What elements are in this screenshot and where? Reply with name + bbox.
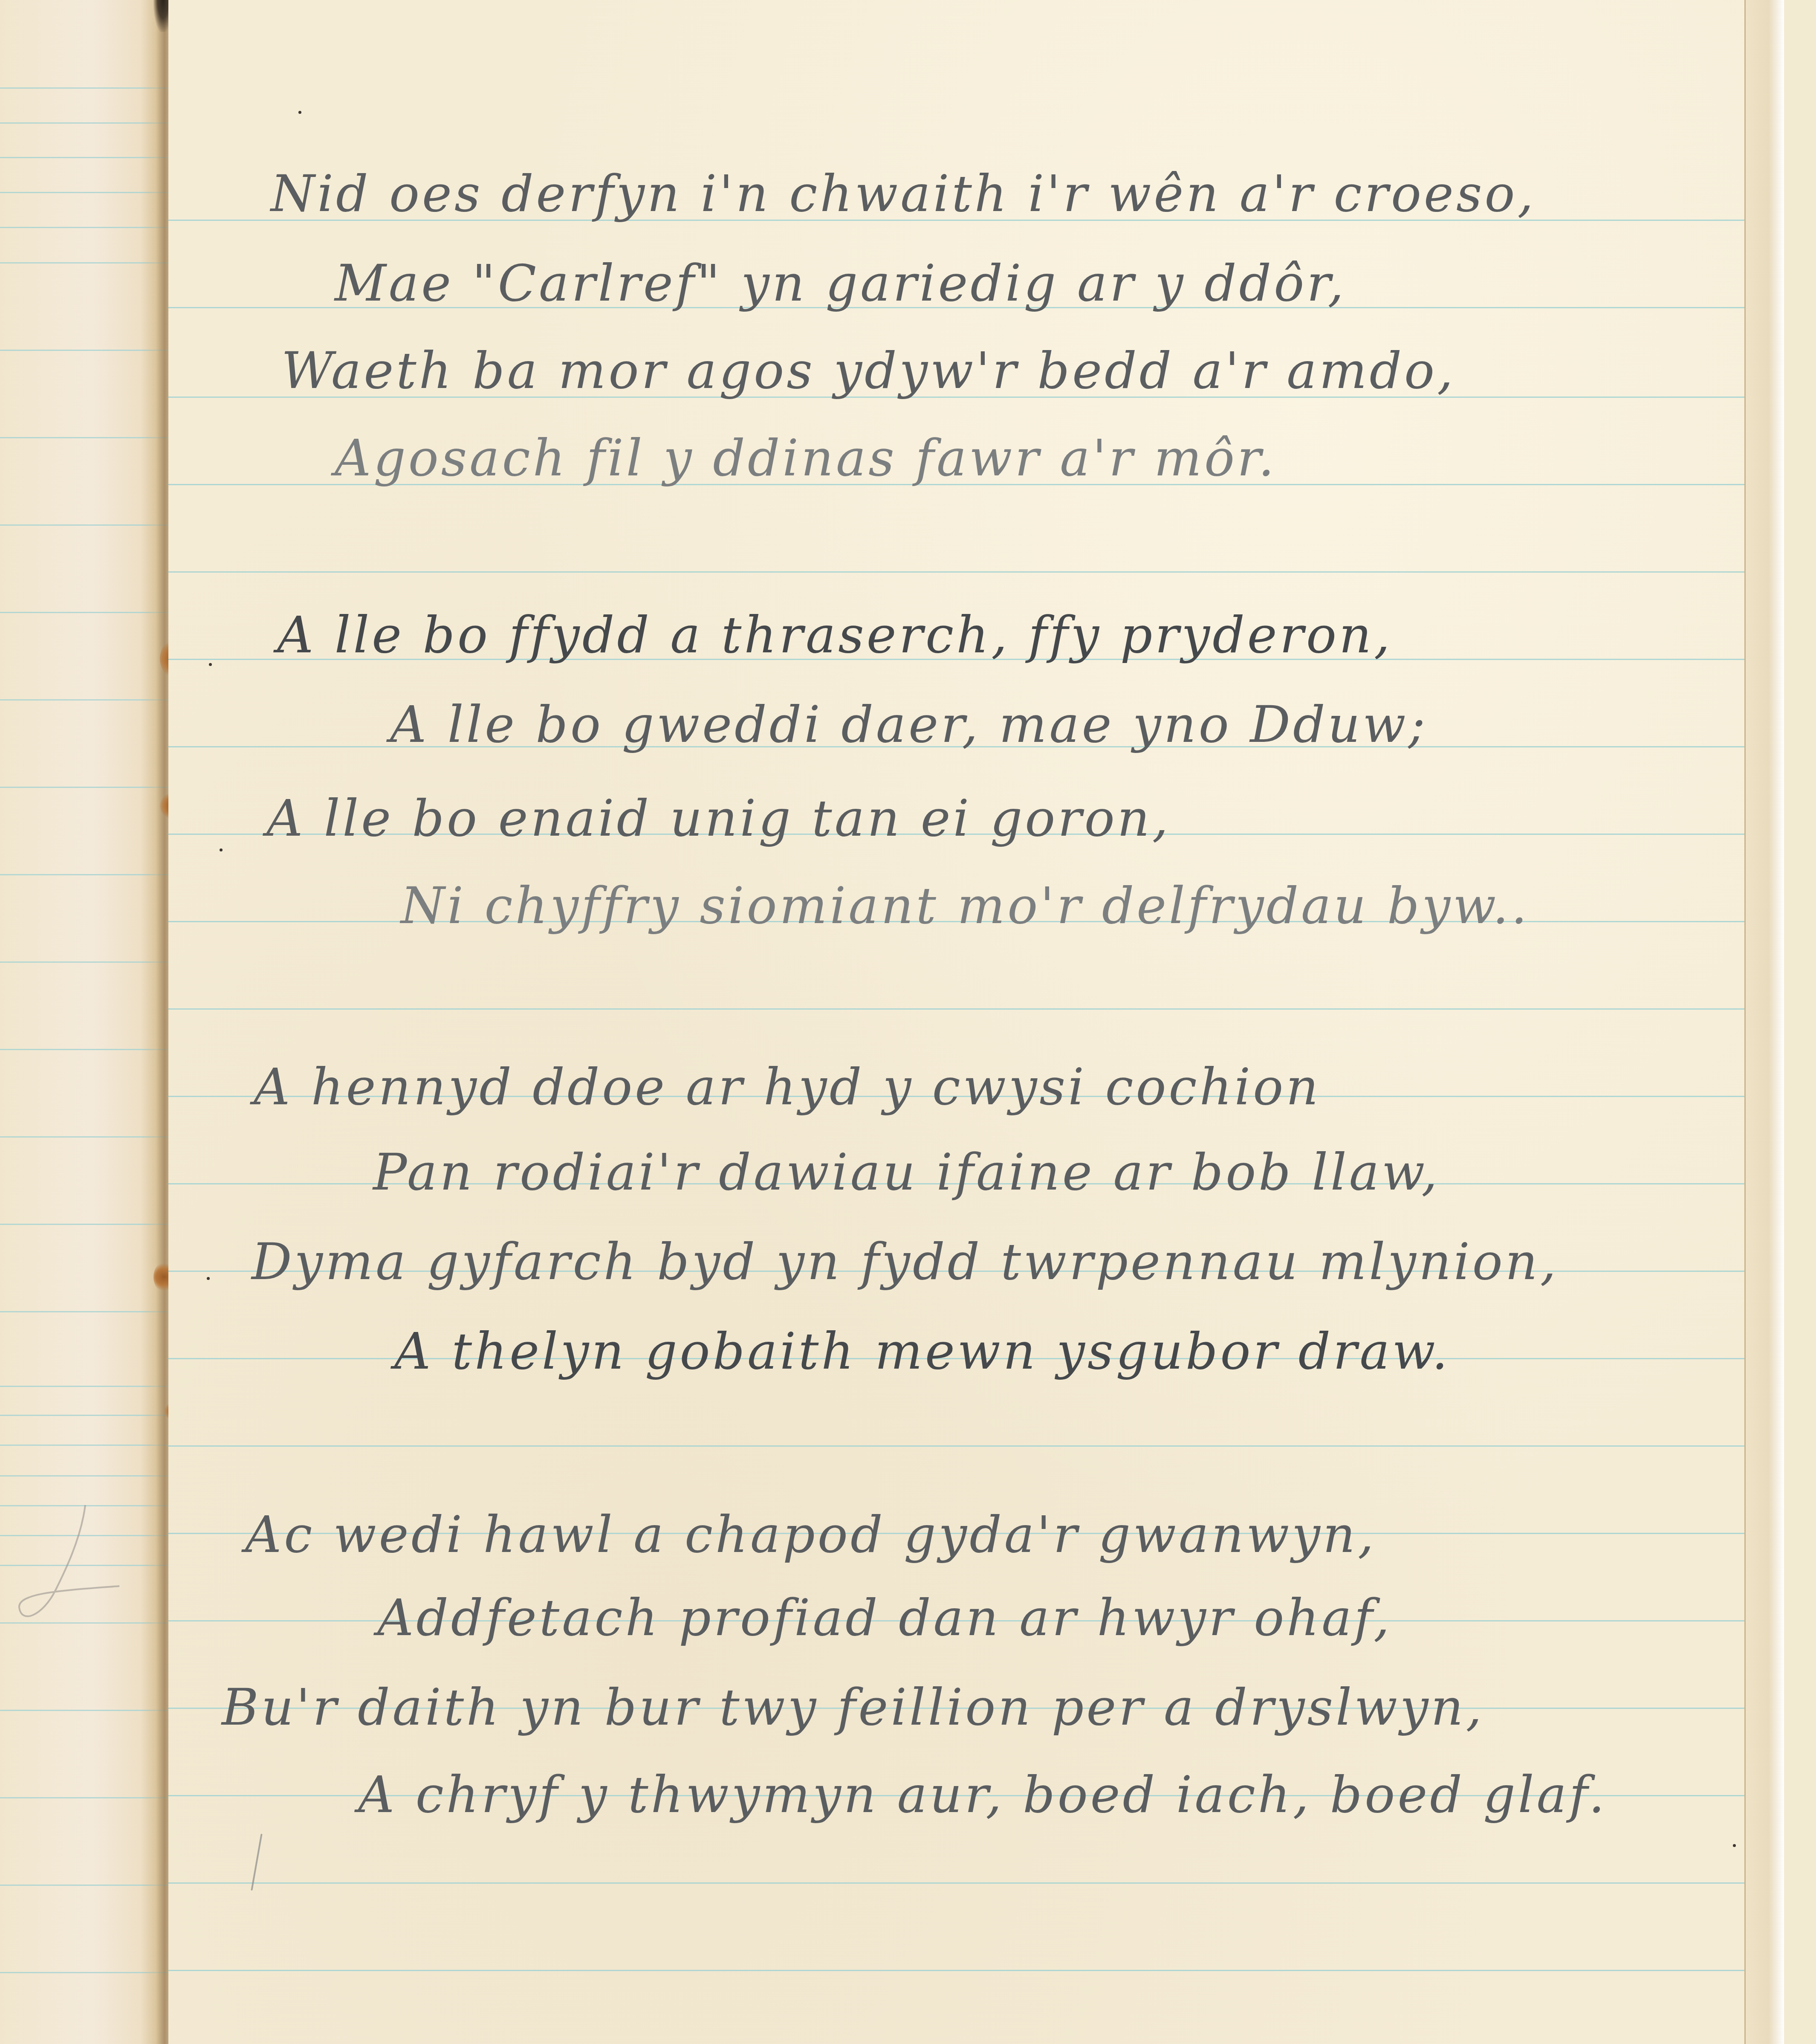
poem-line: A lle bo enaid unig tan ei goron, [266, 793, 1171, 843]
poem-line: Addfetach profiad dan ar hwyr ohaf, [377, 1592, 1392, 1643]
poem-line: Bu'r daith yn bur twy feillion per a dry… [222, 1682, 1484, 1732]
poem-line: A hennyd ddoe ar hyd y cwysi cochion [254, 1062, 1321, 1112]
poem-line: Waeth ba mor agos ydyw'r bedd a'r amdo, [281, 345, 1456, 396]
poem-line: Ac wedi hawl a chapod gyda'r gwanwyn, [245, 1509, 1376, 1560]
manuscript-page: Nid oes derfyn i'n chwaith i'r wên a'r c… [168, 0, 1784, 2044]
poem-line: Agosach fil y ddinas fawr a'r môr. [335, 433, 1277, 483]
ink-speck [220, 848, 223, 851]
poem: Nid oes derfyn i'n chwaith i'r wên a'r c… [168, 0, 1784, 2044]
ink-speck [1733, 1844, 1736, 1847]
poem-line: Nid oes derfyn i'n chwaith i'r wên a'r c… [271, 168, 1536, 219]
poem-line: A lle bo ffydd a thraserch, ffy pryderon… [277, 610, 1393, 660]
poem-line: A thelyn gobaith mewn ysgubor draw. [394, 1326, 1450, 1376]
poem-line: A lle bo gweddi daer, mae yno Dduw; [390, 699, 1428, 750]
poem-line: Dyma gyfarch byd yn fydd twrpennau mlyni… [252, 1236, 1559, 1287]
ink-speck [298, 111, 301, 114]
pencil-scribble-icon [13, 1501, 124, 1629]
poem-line: Pan rodiai'r dawiau ifaine ar bob llaw, [373, 1147, 1440, 1197]
ink-speck [207, 1277, 210, 1280]
poem-line: Ni chyffry siomiant mo'r delfrydau byw.. [401, 880, 1530, 931]
poem-line: A chryf y thwymyn aur, boed iach, boed g… [358, 1769, 1607, 1820]
poem-line: Mae "Carlref" yn gariedig ar y ddôr, [335, 258, 1346, 308]
ink-speck [209, 663, 212, 666]
